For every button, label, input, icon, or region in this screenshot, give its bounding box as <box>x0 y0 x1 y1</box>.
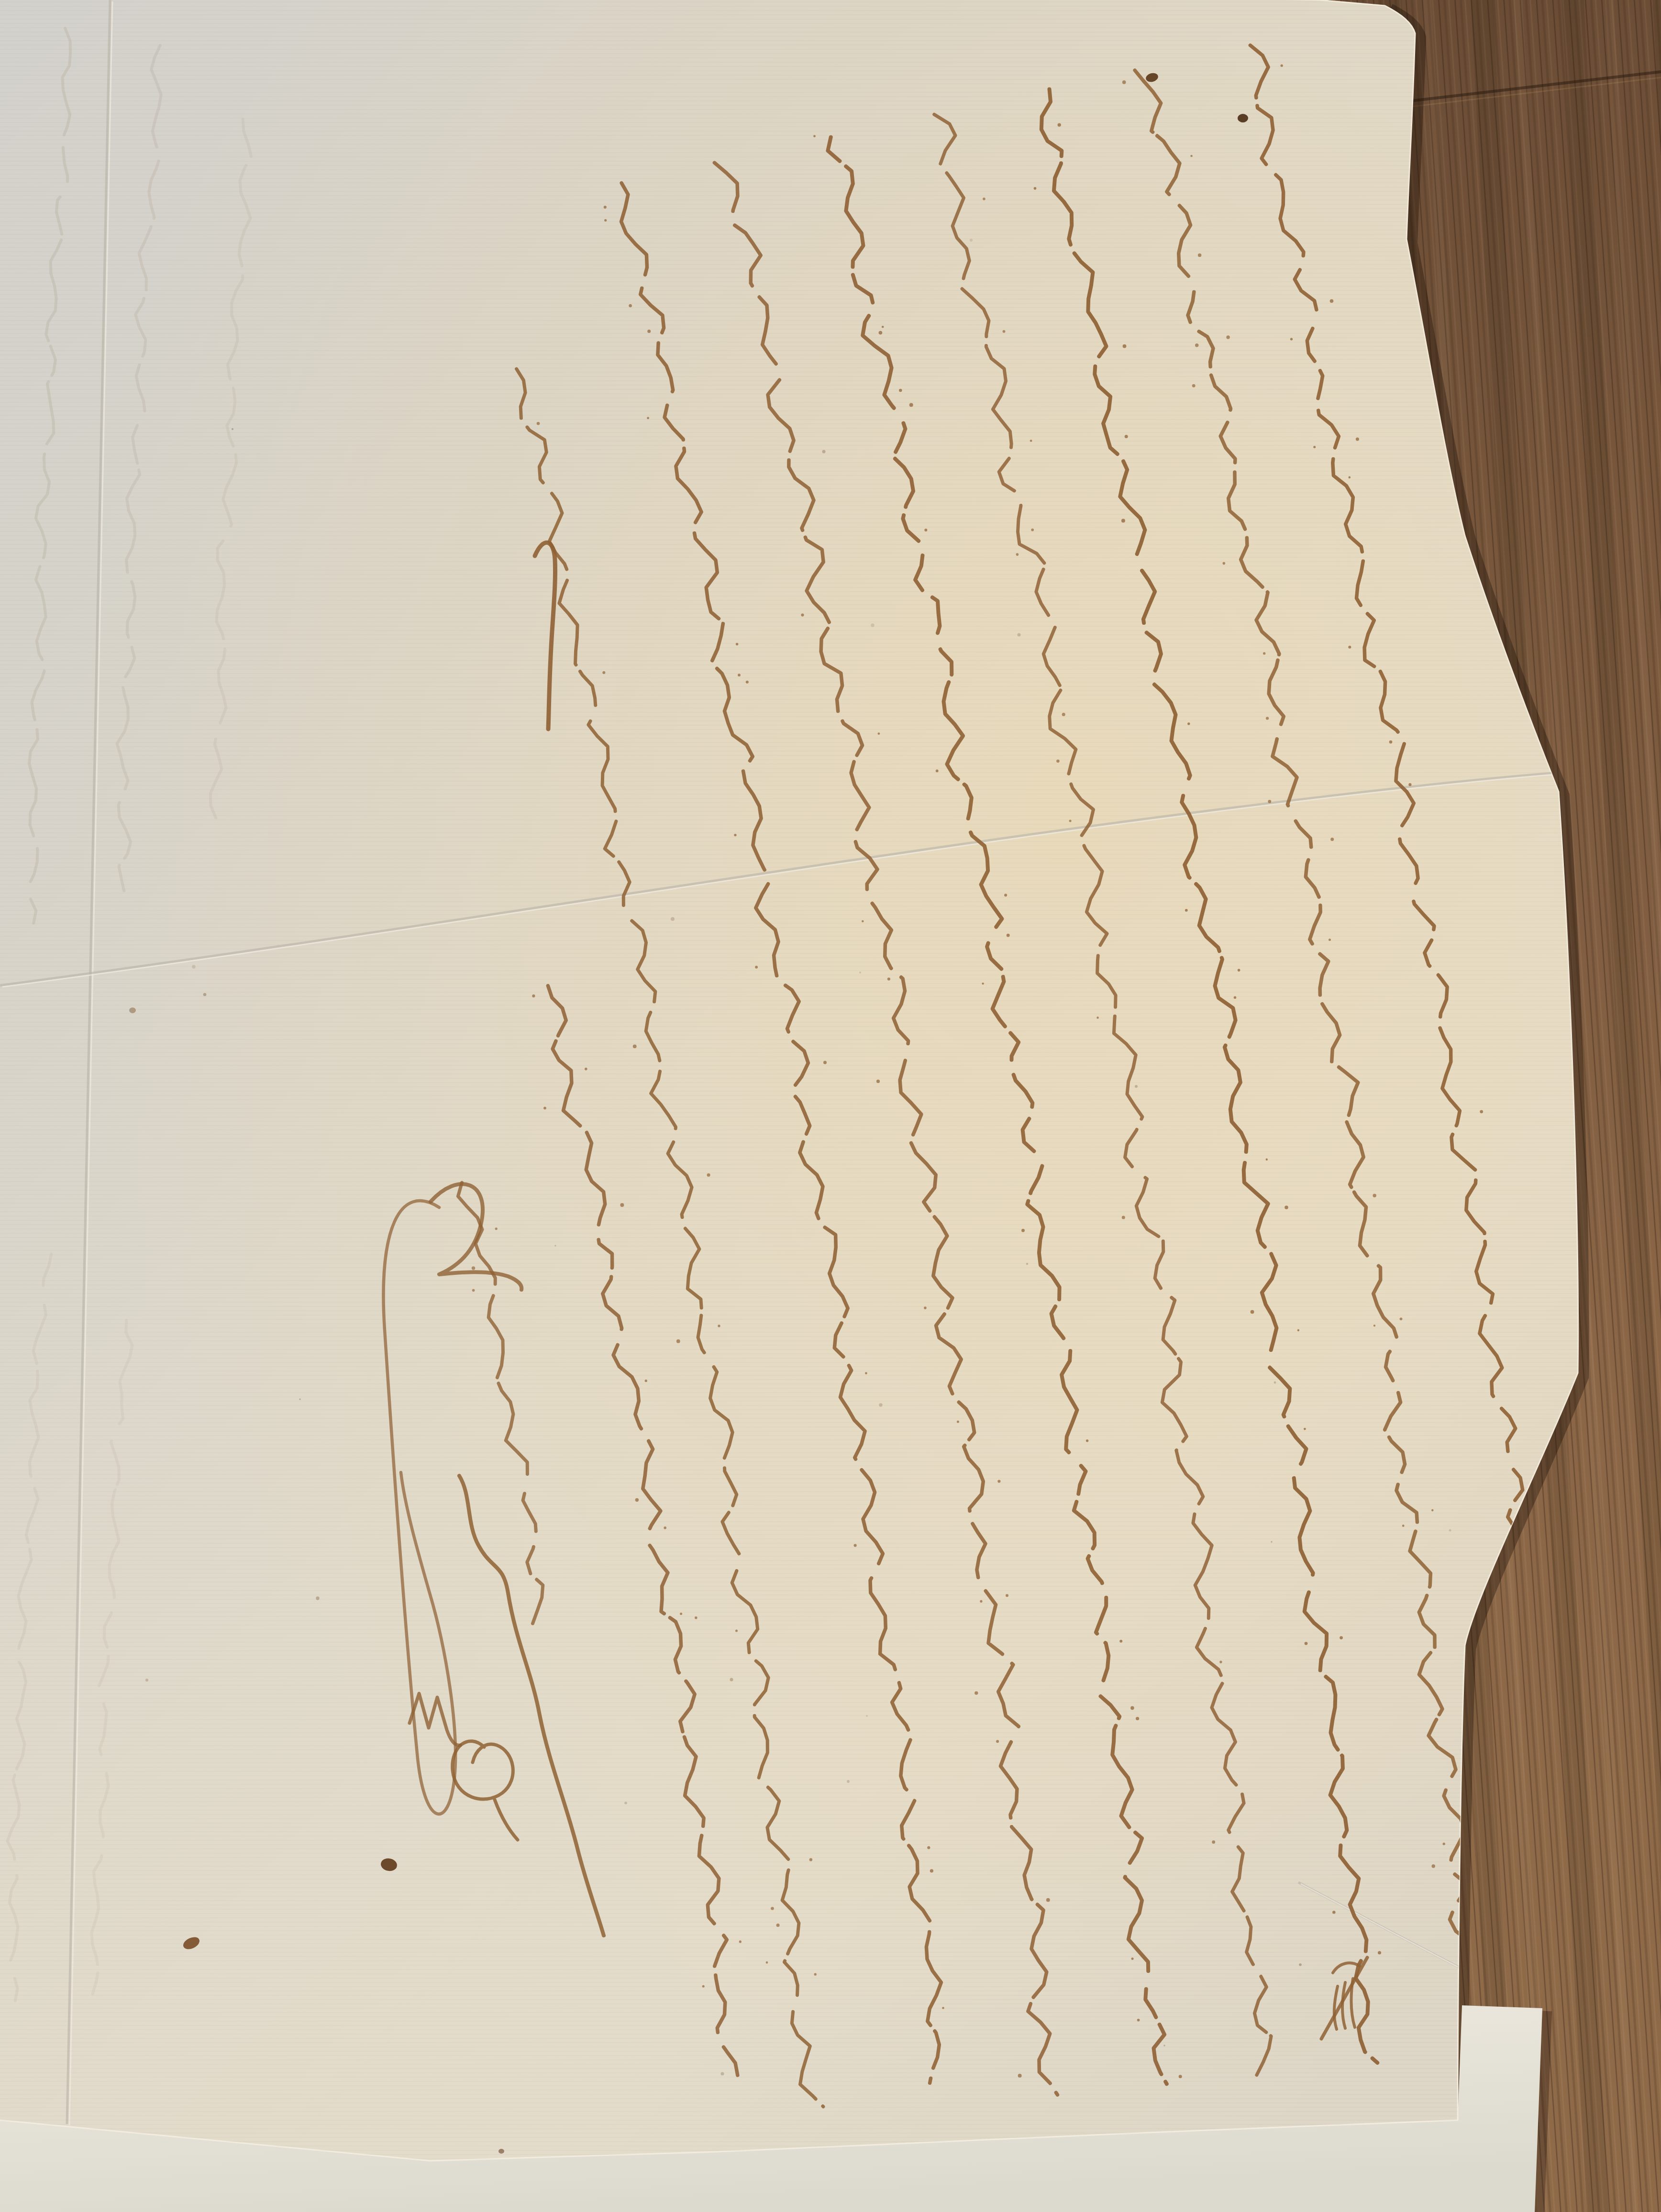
paper-speck <box>192 965 195 968</box>
paper-speck <box>822 450 826 453</box>
paper-speck <box>624 1802 627 1804</box>
paper-speck <box>1274 1382 1276 1384</box>
paper-speck <box>671 917 675 921</box>
paper-speck <box>145 1679 148 1681</box>
paper-speck <box>1135 1085 1138 1088</box>
letter-photo-canvas <box>0 0 1661 2212</box>
paper-speck <box>730 1678 733 1681</box>
paper-speck <box>1163 2045 1165 2046</box>
letter-photograph <box>0 0 1661 2212</box>
paper-speck <box>554 1245 556 1246</box>
paper-speck <box>847 1780 850 1783</box>
paper-speck <box>232 428 233 430</box>
ink-blot <box>498 2149 504 2154</box>
paper-speck <box>970 239 973 242</box>
paper-speck <box>1026 1263 1028 1265</box>
paper-speck <box>299 1398 300 1400</box>
paper-speck <box>1271 1541 1272 1542</box>
ink-blot <box>129 1007 136 1013</box>
paper-speck <box>316 1596 319 1600</box>
paper-speck <box>1299 1963 1302 1966</box>
paper-speck <box>203 993 207 996</box>
paper-speck <box>721 2072 724 2076</box>
ink-blot <box>1238 114 1248 122</box>
paper-speck <box>871 623 874 627</box>
paper-speck <box>1018 633 1021 637</box>
paper-speck <box>1449 1529 1451 1532</box>
paper-speck <box>859 972 861 973</box>
paper-speck <box>879 1403 882 1406</box>
laid-paper-texture <box>0 0 1661 2212</box>
paper-speck <box>866 1715 868 1717</box>
